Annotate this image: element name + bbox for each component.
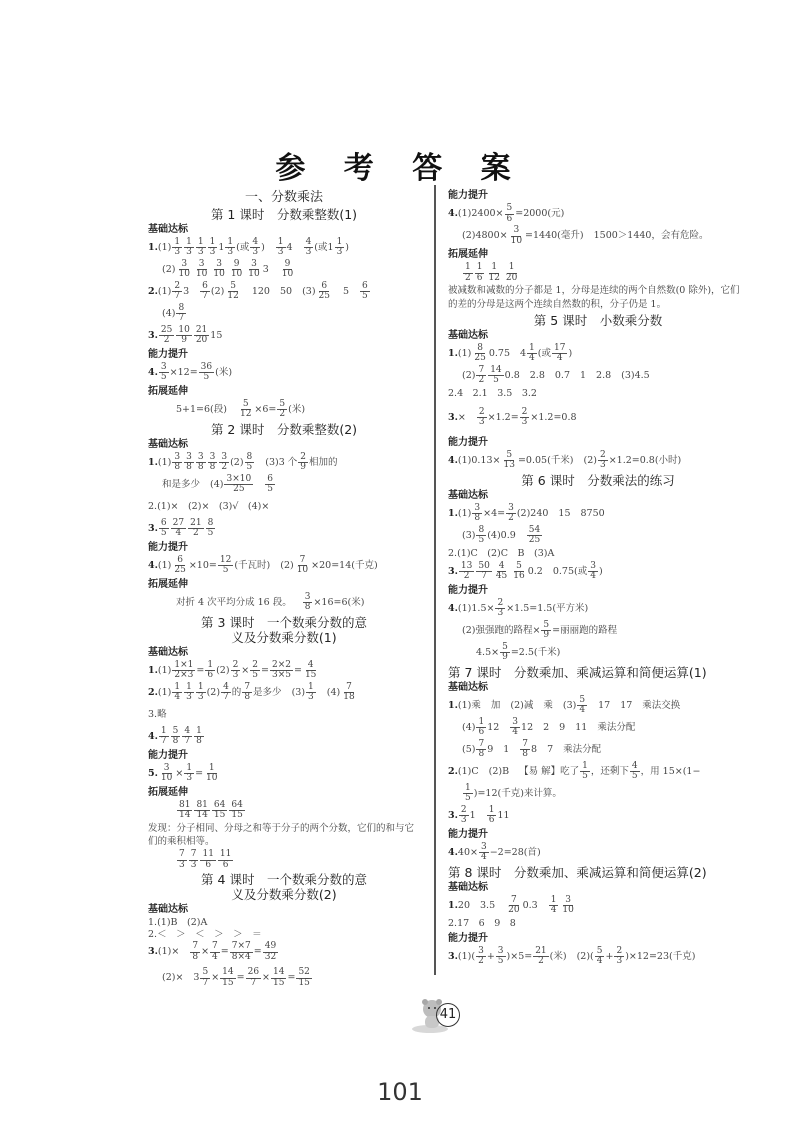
answer-line: (3)85(4)0.95425 (448, 525, 748, 547)
answer-line: 3. 252 109 2120 15 (148, 325, 420, 347)
answer-line: 4.(1)2400×56=2000(元) (448, 203, 748, 225)
answer-line: 4.40×34−2=28(首) (448, 842, 748, 864)
section-extension: 拓展延伸 (148, 579, 420, 591)
answer-line: 5.310×13=110 (148, 763, 420, 785)
lesson-5-title: 第 5 课时 小数乘分数 (448, 313, 748, 328)
answer-line: 1.(1)8250.75414(或174) (448, 343, 748, 365)
answer-line: 4.(1)625×10=125(千瓦时)(2)710×20=14(千克) (148, 555, 420, 577)
answer-line: (2)强强跑的路程×59=丽丽跑的路程 (448, 620, 748, 642)
section-basic: 基础达标 (148, 439, 420, 451)
answer-line: 4.35×12=365(米) (148, 362, 420, 384)
section-ability: 能力提升 (448, 585, 748, 597)
section-ability: 能力提升 (448, 933, 748, 945)
right-column: 能力提升 4.(1)2400×56=2000(元) (2)4800×310=14… (448, 188, 748, 968)
section-basic: 基础达标 (448, 330, 748, 342)
section-basic: 基础达标 (448, 882, 748, 894)
answer-line: 2.(1)C(2)B【易 解】吃了15，还剩下45，用 15×(1− (448, 761, 748, 783)
section-ability: 能力提升 (448, 190, 748, 202)
lesson-7-title: 第 7 课时 分数乘加、乘减运算和简便运算(1) (448, 665, 748, 680)
answer-line: 7373116116 (148, 849, 420, 871)
answer-line: 3.(1)(32+35)×5=212(米)(2)(54+23)×12=23(千克… (448, 946, 748, 968)
answer-line: 2.4 2.1 3.5 3.2 (448, 387, 748, 401)
column-divider (434, 185, 436, 975)
answer-line: 1.(1)B (2)A (148, 917, 420, 929)
section-extension: 拓展延伸 (148, 787, 420, 799)
left-column: 一、分数乘法 第 1 课时 分数乘整数(1) 基础达标 1.(1) 13 13 … (148, 188, 420, 993)
answer-line: 15)=12(千克)来计算。 (448, 783, 748, 805)
answer-line: 1.(1)1×12×3=16(2)23×25=2×23×5=415 (148, 660, 420, 682)
answer-line: 5+1=6(段)512×6=52(米) (148, 399, 420, 421)
section-ability: 能力提升 (148, 542, 420, 554)
answer-line: 1.(1) 13 13 13 13 113(或43) 13 4 43(或113) (148, 237, 420, 259)
section-basic: 基础达标 (148, 224, 420, 236)
extension-note: 被减数和减数的分子都是 1，分母是连续的两个自然数(0 除外)，它们的差的分母是… (448, 284, 748, 312)
lesson-8-title: 第 8 课时 分数乘加、乘减运算和简便运算(2) (448, 865, 748, 880)
answer-line: 4.5×59=2.5(千米) (448, 642, 748, 664)
footer-page-number: 101 (0, 1078, 800, 1106)
answer-line: 3.略 (148, 704, 420, 726)
extension-note: 发现：分子相同、分母之和等于分子的两个分数，它们的和与它们的乘积相等。 (148, 822, 420, 850)
answer-line: 和是多少(4)3×102565 (148, 474, 420, 496)
section-ability: 能力提升 (148, 349, 420, 361)
answer-line: 2.(1)× (2)× (3)√ (4)× (148, 496, 420, 518)
section-basic: 基础达标 (448, 682, 748, 694)
lesson-4-title: 第 4 课时 一个数乘分数的意义及分数乘分数(2) (148, 872, 420, 902)
answer-line: (2) 310 310 310 910 310 3 910 (148, 259, 420, 281)
section-extension: 拓展延伸 (148, 386, 420, 398)
answer-line: 2.(1)C (2)C B (3)A (448, 547, 748, 561)
section-ability: 能力提升 (448, 829, 748, 841)
answer-line: 1216112120 (448, 262, 748, 284)
answer-line: 1.203.57200.314310 (448, 895, 748, 917)
section-basic: 基础达标 (448, 490, 748, 502)
section-ability: 能力提升 (148, 750, 420, 762)
section-basic: 基础达标 (148, 904, 420, 916)
answer-line: (5)78917887乘法分配 (448, 739, 748, 761)
unit-title: 一、分数乘法 (148, 190, 420, 206)
page-title: 参 考 答 案 (0, 143, 800, 187)
answer-line: 3.(1)×78×74=7×78×4=4932 (148, 941, 420, 963)
answer-line: 8114811464156415 (148, 800, 420, 822)
page-number-badge: 41 (436, 1003, 460, 1027)
answer-line: (2)×357×1415=267×1415=5215 (148, 963, 420, 993)
answer-line: 2.17 6 9 8 (448, 917, 748, 931)
answer-line: 4.17584718 (148, 726, 420, 748)
lesson-6-title: 第 6 课时 分数乘法的练习 (448, 473, 748, 488)
section-extension: 拓展延伸 (448, 249, 748, 261)
answer-line: 对折 4 次平均分成 16 段。38×16=6(米) (148, 592, 420, 614)
answer-line: 3. 65 274 212 85 (148, 518, 420, 540)
answer-line: (4)161234122911乘法分配 (448, 717, 748, 739)
answer-line: 2.(1) 273 67 (2)51212050 (3)6255 65 (148, 281, 420, 303)
answer-line: 2.＜ ＞ ＜ ＞ ＞ ＝ (148, 929, 420, 941)
answer-line: 3.2311611 (448, 805, 748, 827)
answer-line: (2)721450.82.80.712.8(3)4.5 (448, 365, 748, 387)
lesson-3-title: 第 3 课时 一个数乘分数的意义及分数乘分数(1) (148, 615, 420, 645)
answer-line: 4.(1)0.13×513=0.05(千米)(2)23×1.2=0.8(小时) (448, 450, 748, 472)
section-ability: 能力提升 (448, 437, 748, 449)
answer-line: 1.(1)乘加(2)减乘(3)541717乘法交换 (448, 695, 748, 717)
lesson-2-title: 第 2 课时 分数乘整数(2) (148, 422, 420, 437)
lesson-1-title: 第 1 课时 分数乘整数(1) (148, 207, 420, 222)
section-basic: 基础达标 (148, 647, 420, 659)
answer-line: 4.(1)1.5×23×1.5=1.5(平方米) (448, 598, 748, 620)
answer-line: (4)87 (148, 303, 420, 325)
answer-line: 3.×23×1.2=23×1.2=0.8 (448, 401, 748, 435)
answer-line: 2.(1)141313(2)47的78是多少(3)13(4)718 (148, 682, 420, 704)
answer-line: 3.1325074455160.20.75(或34) (448, 561, 748, 583)
answer-line: (2)4800×310=1440(毫升)1500＞1440，会有危险。 (448, 225, 748, 247)
answer-line: 1.(1)38×4=32(2)240158750 (448, 503, 748, 525)
answer-line: 1.(1) 38 38 38 38 32 (2)85 (3)3 个29相加的 (148, 452, 420, 474)
